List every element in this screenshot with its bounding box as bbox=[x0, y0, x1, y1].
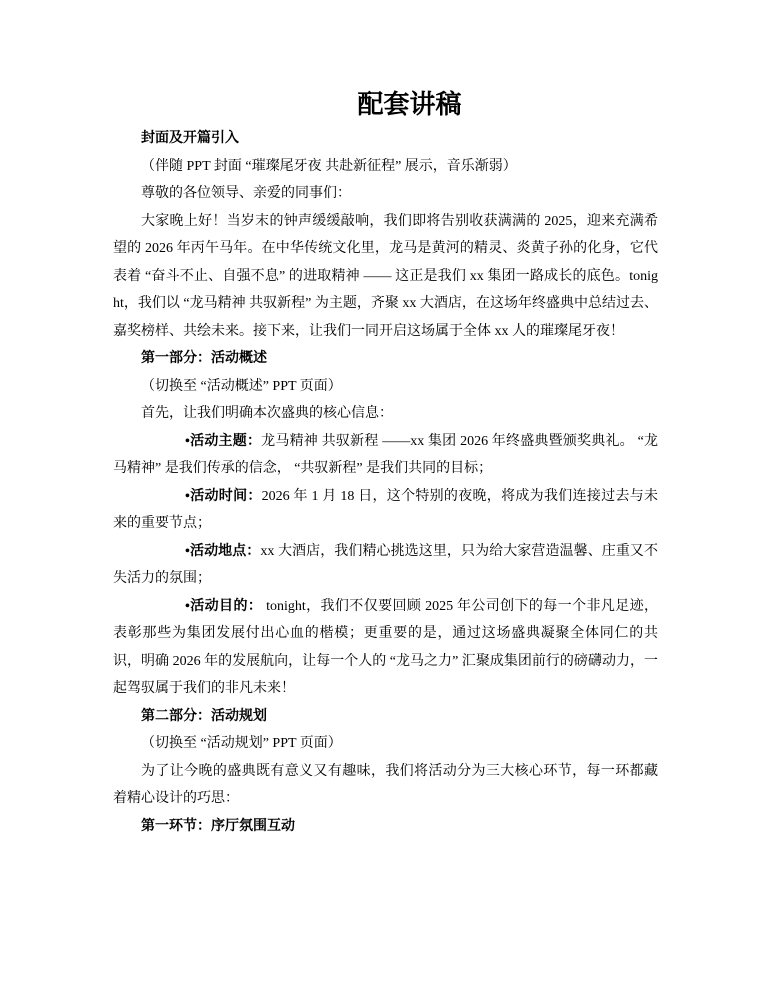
bullet-item-time: •活动时间：2026 年 1 月 18 日，这个特别的夜晚，将成为我们连接过去与… bbox=[113, 483, 658, 538]
bullet-item-purpose: •活动目的： tonight，我们不仅要回顾 2025 年公司创下的每一个非凡足… bbox=[113, 593, 658, 703]
document-page: 配套讲稿 封面及开篇引入 （伴随 PPT 封面 “璀璨尾牙夜 共赴新征程” 展示… bbox=[0, 0, 770, 1000]
bullet-label: 活动地点： bbox=[190, 544, 260, 559]
section-heading-stage1: 第一环节：序厅氛围互动 bbox=[113, 813, 658, 841]
section-heading-cover-intro: 封面及开篇引入 bbox=[113, 125, 658, 153]
bullet-item-theme: •活动主题：龙马精神 共驭新程 ——xx 集团 2026 年终盛典暨颁奖典礼。 … bbox=[113, 428, 658, 483]
salutation: 尊敬的各位领导、亲爱的同事们： bbox=[113, 180, 658, 208]
section-heading-part1: 第一部分：活动概述 bbox=[113, 345, 658, 373]
document-page-background: { "page": { "background_color": "#ffffff… bbox=[0, 0, 770, 1000]
body-paragraph: 为了让今晚的盛典既有意义又有趣味，我们将活动分为三大核心环节，每一环都藏着精心设… bbox=[113, 758, 658, 813]
bullet-label: 活动目的： bbox=[190, 599, 262, 614]
section-heading-part2: 第二部分：活动规划 bbox=[113, 703, 658, 731]
document-title: 配套讲稿 bbox=[113, 84, 658, 125]
bullet-label: 活动主题： bbox=[190, 434, 261, 449]
stage-direction: （切换至 “活动概述” PPT 页面） bbox=[113, 373, 658, 401]
bullet-item-place: •活动地点：xx 大酒店，我们精心挑选这里，只为给大家营造温馨、庄重又不失活力的… bbox=[113, 538, 658, 593]
stage-direction: （切换至 “活动规划” PPT 页面） bbox=[113, 730, 658, 758]
opening-paragraph: 大家晚上好！当岁末的钟声缓缓敲响，我们即将告别收获满满的 2025，迎来充满希望… bbox=[113, 208, 658, 346]
stage-direction: （伴随 PPT 封面 “璀璨尾牙夜 共赴新征程” 展示，音乐渐弱） bbox=[113, 153, 658, 181]
bullet-label: 活动时间： bbox=[190, 489, 262, 504]
body-paragraph: 首先，让我们明确本次盛典的核心信息： bbox=[113, 400, 658, 428]
